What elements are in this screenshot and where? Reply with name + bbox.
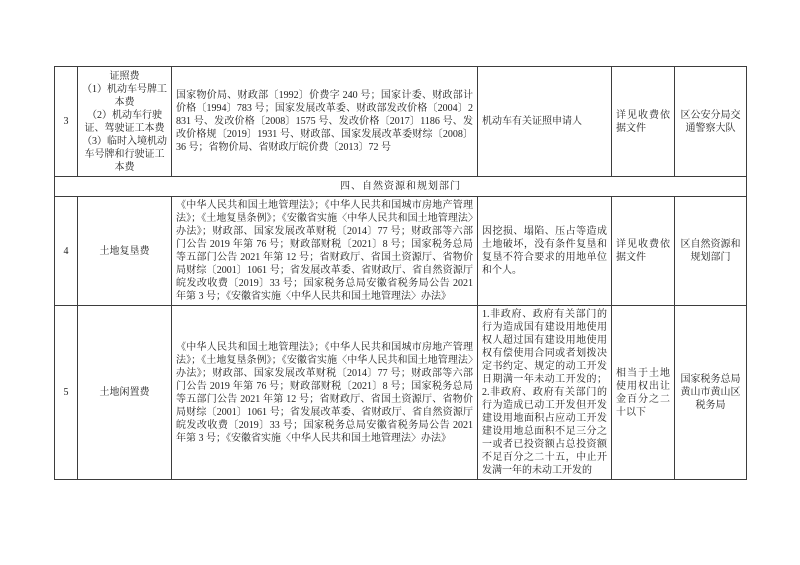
table-row: 5 土地闲置费 《中华人民共和国土地管理法》；《中华人民共和国城市房地产管理法》… [55,306,747,480]
table-row: 4 土地复垦费 《中华人民共和国土地管理法》；《中华人民共和国城市房地产管理法》… [55,197,747,306]
fee-department: 区公安分局交通警察大队 [675,67,747,177]
fee-name: 土地闲置费 [78,306,172,480]
fee-payer: 机动车有关证照申请人 [478,67,612,177]
row-number: 5 [55,306,78,480]
fee-payer: 因挖损、塌陷、压占等造成土地破坏，没有条件复垦和复垦不符合要求的用地单位和个人。 [478,197,612,306]
fee-legal-basis: 《中华人民共和国土地管理法》；《中华人民共和国城市房地产管理法》；《土地复垦条例… [172,197,478,306]
fee-table: 3 证照费 （1）机动车号牌工本费 （2）机动车行驶证、驾驶证工本费 （3）临时… [54,66,747,480]
fee-standard: 详见收费依据文件 [612,197,675,306]
fee-name: 土地复垦费 [78,197,172,306]
fee-payer: 1.非政府、政府有关部门的行为造成国有建设用地使用权人超过国有建设用地使用权有偿… [478,306,612,480]
fee-department: 区自然资源和规划部门 [675,197,747,306]
fee-standard: 详见收费依据文件 [612,67,675,177]
section-title: 四、自然资源和规划部门 [55,177,747,197]
row-number: 3 [55,67,78,177]
fee-standard: 相当于土地使用权出让金百分之二十以下 [612,306,675,480]
table-row: 3 证照费 （1）机动车号牌工本费 （2）机动车行驶证、驾驶证工本费 （3）临时… [55,67,747,177]
fee-department: 国家税务总局黄山市黄山区税务局 [675,306,747,480]
fee-name: 证照费 （1）机动车号牌工本费 （2）机动车行驶证、驾驶证工本费 （3）临时入境… [78,67,172,177]
fee-legal-basis: 国家物价局、财政部〔1992〕价费字 240 号；国家计委、财政部计价格〔199… [172,67,478,177]
section-header-row: 四、自然资源和规划部门 [55,177,747,197]
row-number: 4 [55,197,78,306]
fee-legal-basis: 《中华人民共和国土地管理法》；《中华人民共和国城市房地产管理法》；《土地复垦条例… [172,306,478,480]
document-page: 3 证照费 （1）机动车号牌工本费 （2）机动车行驶证、驾驶证工本费 （3）临时… [0,0,800,565]
